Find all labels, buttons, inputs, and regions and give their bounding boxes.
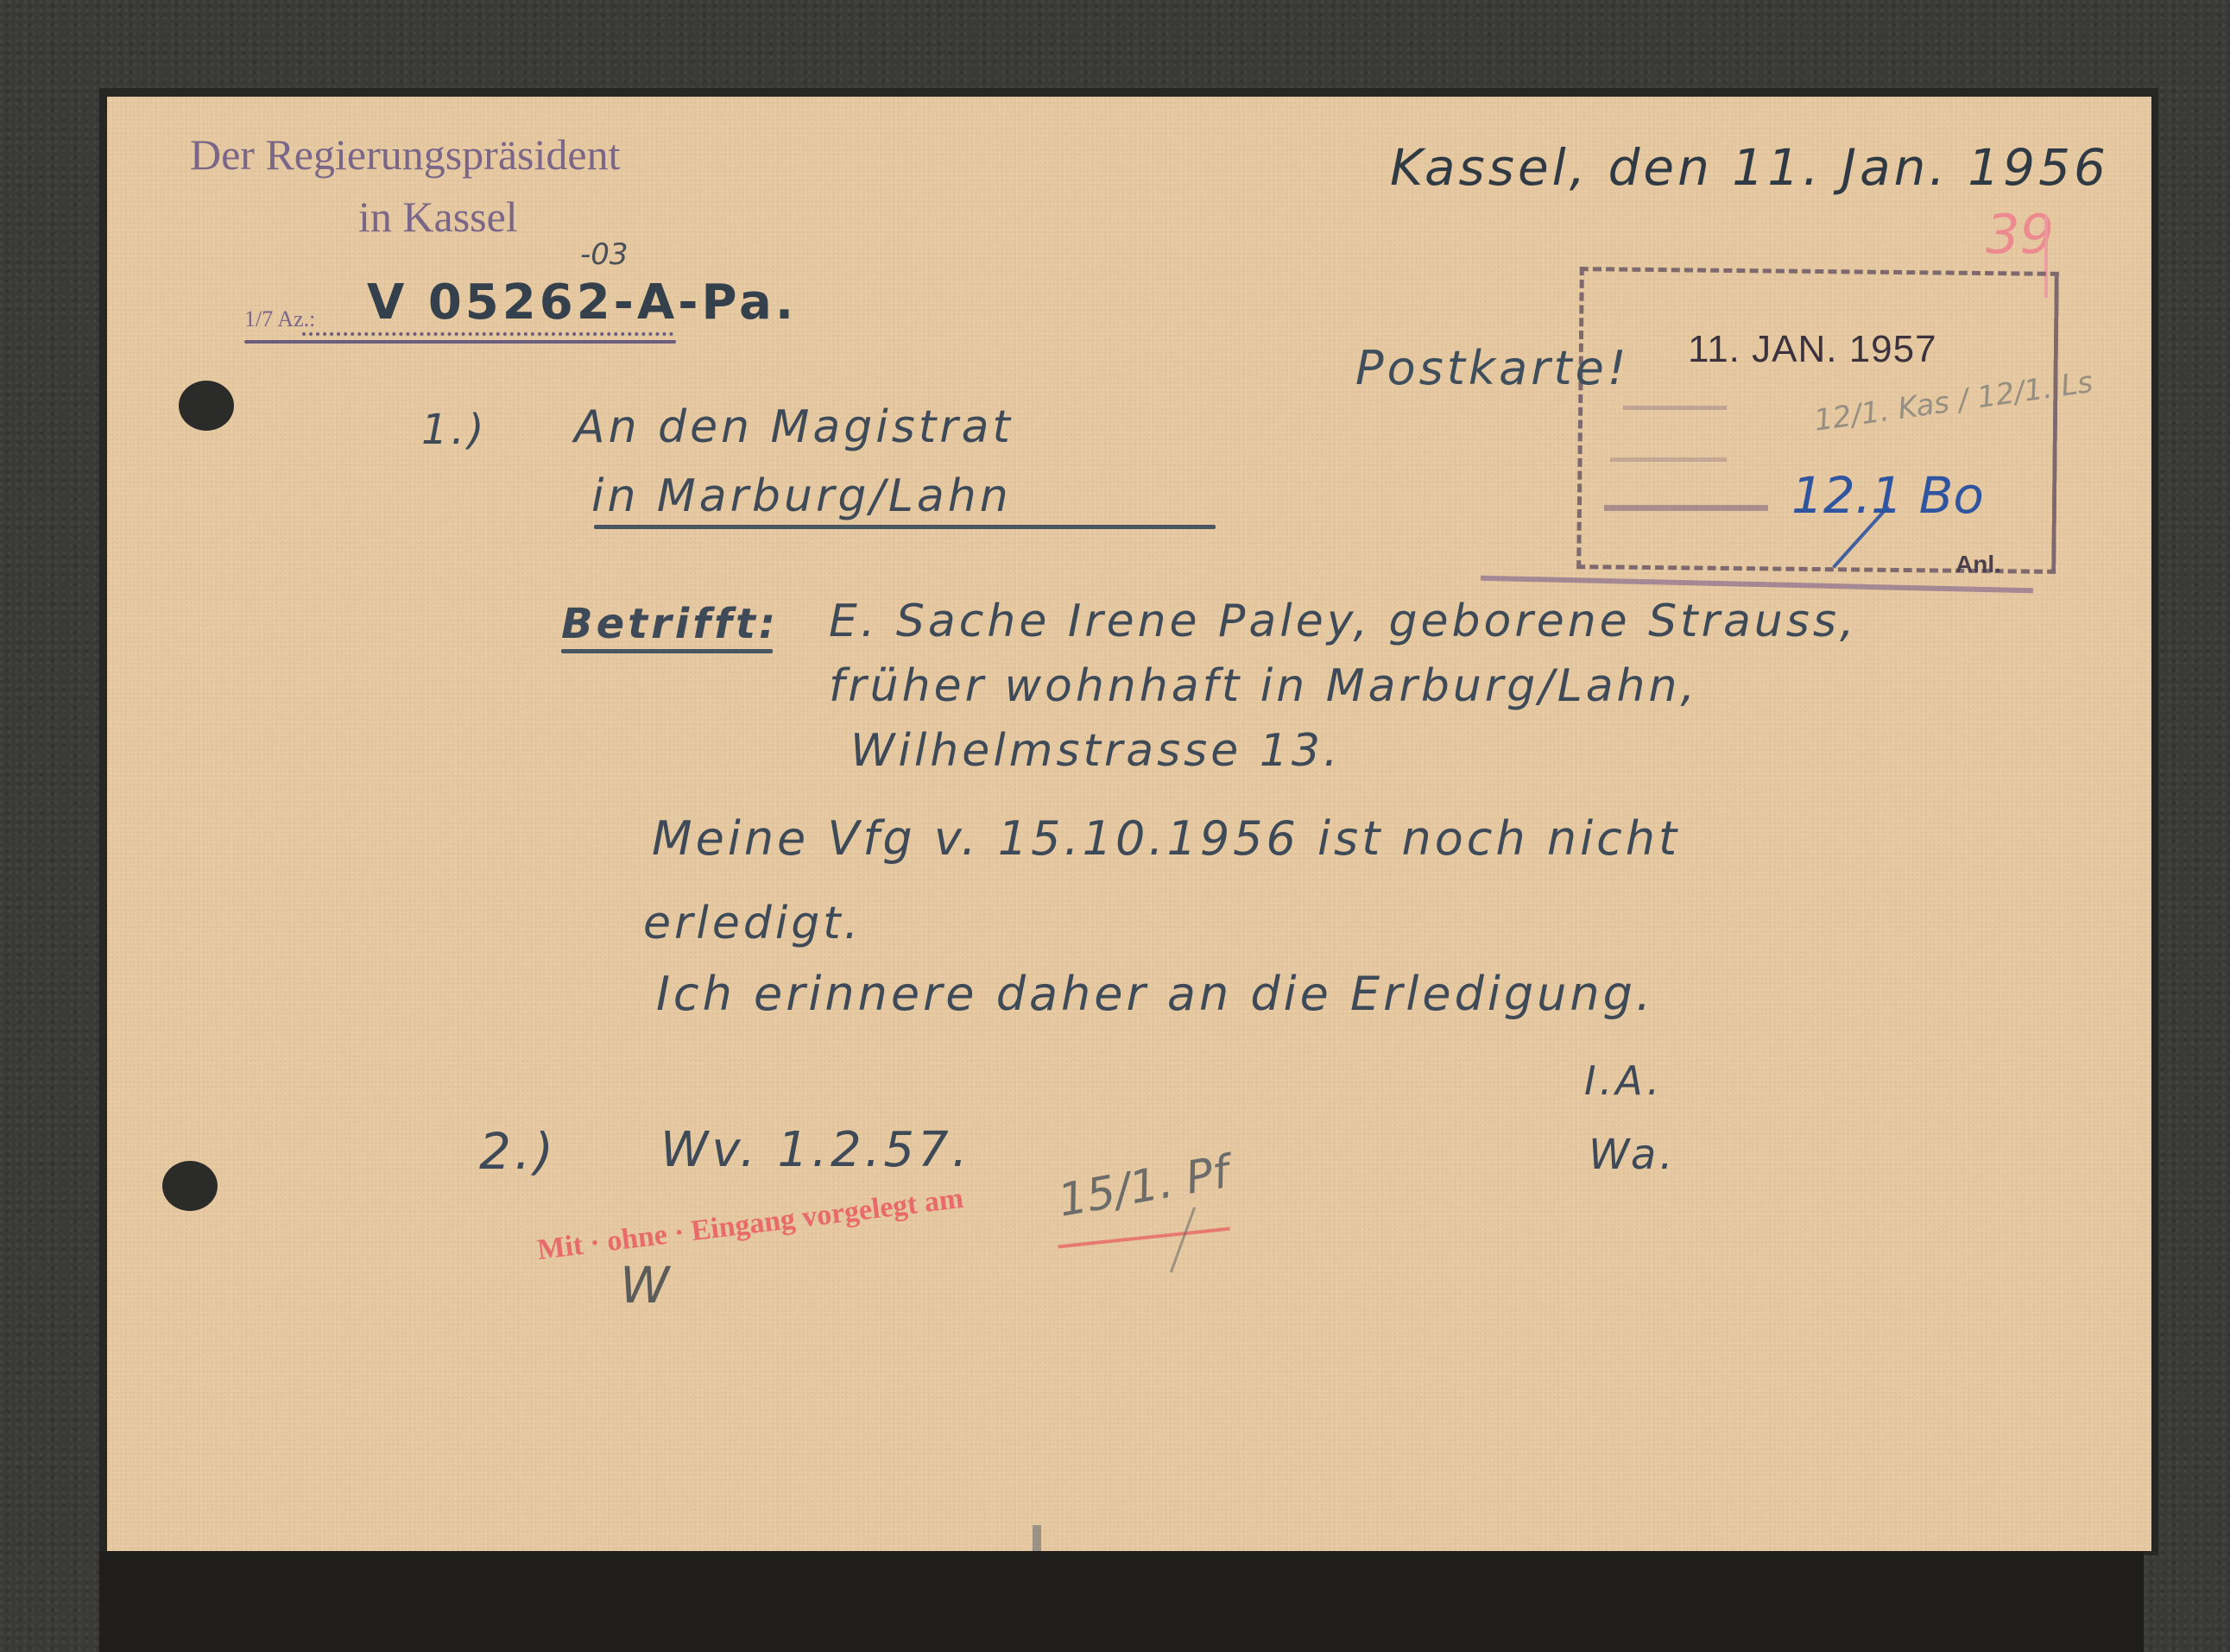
punch-hole-top — [179, 381, 234, 431]
letterhead-line2: in Kassel — [358, 192, 518, 242]
stamp-text-line-2 — [1610, 457, 1727, 462]
stamp-text-line-3 — [1604, 505, 1768, 511]
item1-number: 1.) — [421, 406, 488, 454]
signature-line2: Wa. — [1589, 1131, 1677, 1179]
subject-line1: E. Sache Irene Paley, geborene Strauss, — [829, 596, 1857, 647]
subject-line2: früher wohnhaft in Marburg/Lahn, — [829, 660, 1698, 712]
recipient-underline — [594, 525, 1216, 529]
ink-blot — [1033, 1525, 1041, 1551]
subject-label-underline — [561, 649, 773, 653]
stamp-text-line-1 — [1623, 406, 1727, 410]
subject-label: Betrifft: — [561, 600, 779, 648]
place-date: Kassel, den 11. Jan. 1956 — [1390, 138, 2109, 197]
signature-line1: I.A. — [1584, 1057, 1663, 1104]
body-line1: Meine Vfg v. 15.10.1956 ist noch nicht — [652, 811, 1680, 866]
subject-line3: Wilhelmstrasse 13. — [850, 725, 1342, 777]
body-line3: Ich erinnere daher an die Erledigung. — [656, 967, 1654, 1021]
folder-backing — [99, 1551, 2144, 1652]
receipt-stamp-date: 11. JAN. 1957 — [1688, 328, 1937, 371]
reference-dotted-line — [302, 332, 673, 336]
reference-label: 1/7 Az.: — [244, 306, 315, 332]
letterhead-line1: Der Regierungspräsident — [190, 129, 620, 180]
reference-correction: -03 — [580, 237, 629, 272]
punch-hole-bottom — [162, 1161, 218, 1211]
body-line2: erledigt. — [643, 898, 862, 949]
item2-text: Wv. 1.2.57. — [660, 1122, 970, 1178]
receipt-blue-note: 12.1 Bo — [1791, 466, 1984, 525]
postkarte-note: Postkarte! — [1355, 341, 1630, 395]
recipient-line1: An den Magistrat — [574, 401, 1014, 453]
item2-number: 2.) — [479, 1122, 557, 1181]
receipt-anl-label: Anl. — [1955, 551, 2001, 578]
recipient-line2: in Marburg/Lahn — [591, 470, 1012, 522]
reference-underline — [244, 340, 676, 344]
red-stamp-strike-mark: W — [620, 1256, 669, 1315]
reference-number: V 05262-A-Pa. — [367, 274, 797, 331]
